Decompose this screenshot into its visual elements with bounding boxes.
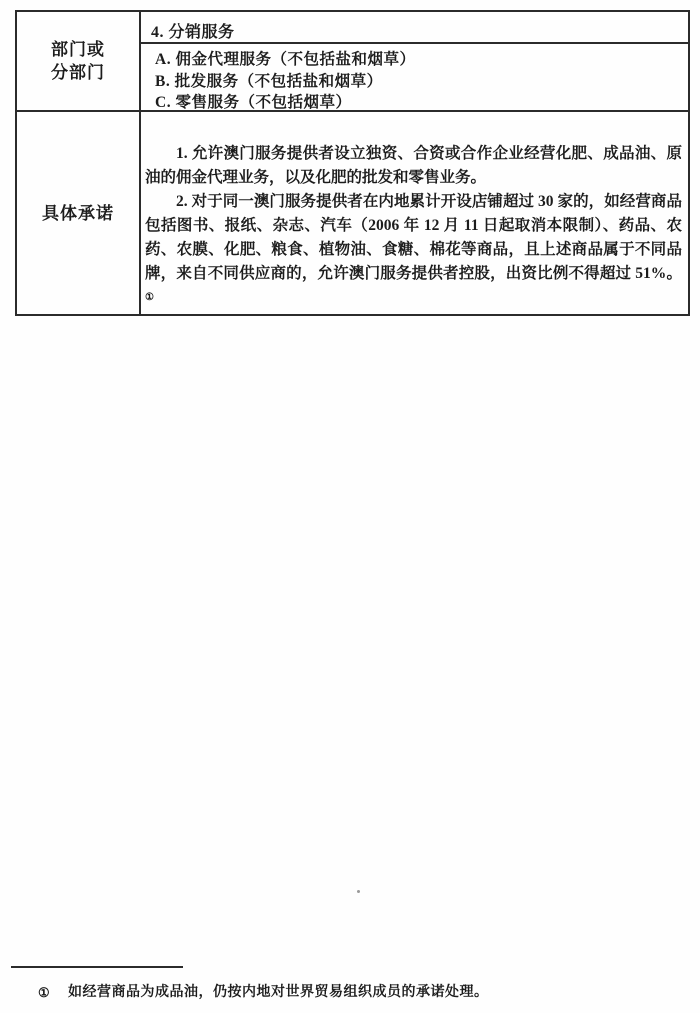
commitments-label-cell: 具体承诺	[17, 112, 141, 314]
footnote-separator-line	[11, 966, 183, 968]
commitment-paragraph-2: 2. 对于同一澳门服务提供者在内地累计开设店铺超过 30 家的，如经营商品包括图…	[145, 190, 682, 314]
subitem-wholesale: B. 批发服务（不包括盐和烟草）	[155, 71, 680, 93]
footnote: ① 如经营商品为成品油，仍按内地对世界贸易组织成员的承诺处理。	[38, 983, 489, 1003]
footnote-text: 如经营商品为成品油，仍按内地对世界贸易组织成员的承诺处理。	[68, 983, 489, 1003]
commitment-paragraph-1: 1. 允许澳门服务提供者设立独资、合资或合作企业经营化肥、成品油、原油的佣金代理…	[145, 142, 682, 190]
page-center-mark	[357, 890, 360, 893]
commitments-content-cell: 1. 允许澳门服务提供者设立独资、合资或合作企业经营化肥、成品油、原油的佣金代理…	[141, 112, 688, 314]
sector-row: 部门或 分部门 4. 分销服务 A. 佣金代理服务（不包括盐和烟草） B. 批发…	[17, 12, 688, 112]
sector-label-cell: 部门或 分部门	[17, 12, 141, 110]
sector-content-cell: 4. 分销服务 A. 佣金代理服务（不包括盐和烟草） B. 批发服务（不包括盐和…	[141, 12, 688, 110]
subitem-commission-agency: A. 佣金代理服务（不包括盐和烟草）	[155, 49, 680, 71]
commitments-table: 部门或 分部门 4. 分销服务 A. 佣金代理服务（不包括盐和烟草） B. 批发…	[15, 10, 690, 316]
sector-label-line2: 分部门	[51, 61, 105, 84]
commitments-label: 具体承诺	[42, 202, 114, 225]
commitment-paragraph-1-text: 1. 允许澳门服务提供者设立独资、合资或合作企业经营化肥、成品油、原油的佣金代理…	[145, 145, 682, 186]
service-category: 4. 分销服务	[141, 12, 688, 44]
commitment-paragraph-2-text: 2. 对于同一澳门服务提供者在内地累计开设店铺超过 30 家的，如经营商品包括图…	[145, 193, 682, 282]
commitments-row: 具体承诺 1. 允许澳门服务提供者设立独资、合资或合作企业经营化肥、成品油、原油…	[17, 112, 688, 314]
sector-label-line1: 部门或	[51, 38, 105, 61]
footnote-marker: ①	[38, 983, 68, 1003]
subitem-retail: C. 零售服务（不包括烟草）	[155, 92, 680, 114]
service-subitems: A. 佣金代理服务（不包括盐和烟草） B. 批发服务（不包括盐和烟草） C. 零…	[141, 44, 688, 114]
footnote-reference-mark: ①	[145, 292, 154, 303]
commitments-text: 1. 允许澳门服务提供者设立独资、合资或合作企业经营化肥、成品油、原油的佣金代理…	[141, 112, 688, 314]
